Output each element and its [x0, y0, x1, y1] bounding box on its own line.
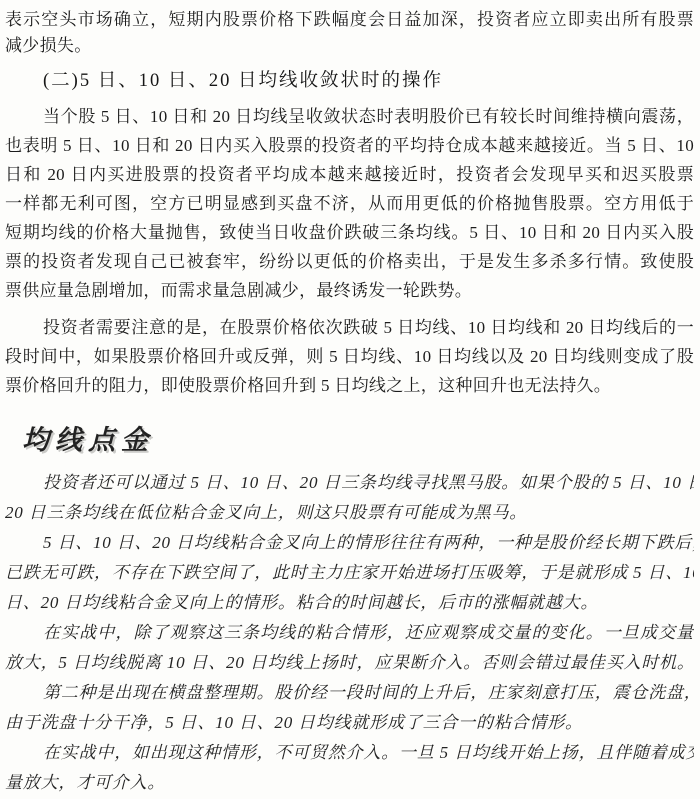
- paragraph-continuation: 表示空头市场确立，短期内股票价格下跌幅度会日益加深，投资者应立即卖出所有股票 减…: [5, 7, 694, 59]
- text-line: 当个股 5 日、10 日和 20 日均线呈收敛状态时表明股价已有较长时间维持横向…: [5, 102, 694, 131]
- text-line: 也表明 5 日、10 日和 20 日内买入股票的投资者的平均持仓成本越来越接近。…: [5, 131, 694, 160]
- paragraph-tip-5: 在实战中，如出现这种情形，不可贸然介入。一旦 5 日均线开始上扬，且伴随着成交 …: [5, 738, 694, 798]
- text-line: 段时间中，如果股票价格回升或反弹，则 5 日均线、10 日均线以及 20 日均线…: [5, 342, 694, 371]
- text-line: 减少损失。: [5, 33, 694, 59]
- paragraph-note: 投资者需要注意的是，在股票价格依次跌破 5 日均线、10 日均线和 20 日均线…: [5, 313, 694, 400]
- text-line: 日和 20 日内买进股票的投资者平均成本越来越接近时，投资者会发现早买和迟买股票: [5, 160, 694, 189]
- text-line: 在实战中，除了观察这三条均线的粘合情形，还应观察成交量的变化。一旦成交量: [5, 618, 694, 648]
- text-line: 5 日、10 日、20 日均线粘合金叉向上的情形往往有两种，一种是股价经长期下跌…: [5, 528, 694, 558]
- text-line: 在实战中，如出现这种情形，不可贸然介入。一旦 5 日均线开始上扬，且伴随着成交: [5, 738, 694, 768]
- text-line: 投资者还可以通过 5 日、10 日、20 日三条均线寻找黑马股。如果个股的 5 …: [5, 468, 694, 498]
- paragraph-tip-1: 投资者还可以通过 5 日、10 日、20 日三条均线寻找黑马股。如果个股的 5 …: [5, 468, 694, 528]
- text-line: 票供应量急剧增加，而需求量急剧减少，最终诱发一轮跌势。: [5, 276, 694, 305]
- text-line: 表示空头市场确立，短期内股票价格下跌幅度会日益加深，投资者应立即卖出所有股票: [5, 7, 694, 33]
- text-line: 由于洗盘十分干净，5 日、10 日、20 日均线就形成了三合一的粘合情形。: [5, 708, 694, 738]
- paragraph-convergence: 当个股 5 日、10 日和 20 日均线呈收敛状态时表明股价已有较长时间维持横向…: [5, 102, 694, 305]
- text-line: 一样都无利可图，空方已明显感到买盘不济，从而用更低的价格抛售股票。空方用低于: [5, 189, 694, 218]
- section-title: 均线点金: [5, 420, 694, 460]
- paragraph-tip-4: 第二种是出现在横盘整理期。股价经一段时间的上升后，庄家刻意打压，震仓洗盘， 由于…: [5, 678, 694, 738]
- text-line: 短期均线的价格大量抛售，致使当日收盘价跌破三条均线。5 日、10 日和 20 日…: [5, 218, 694, 247]
- subsection-heading: (二)5 日、10 日、20 日均线收敛状时的操作: [5, 65, 694, 98]
- text-line: 已跌无可跌，不存在下跌空间了，此时主力庄家开始进场打压吸筹，于是就形成 5 日、…: [5, 558, 694, 588]
- text-line: 20 日三条均线在低位粘合金叉向上，则这只股票有可能成为黑马。: [5, 498, 694, 528]
- text-line: 票价格回升的阻力，即使股票价格回升到 5 日均线之上，这种回升也无法持久。: [5, 371, 694, 400]
- text-line: 日、20 日均线粘合金叉向上的情形。粘合的时间越长，后市的涨幅就越大。: [5, 588, 694, 618]
- text-line: 量放大，才可介入。: [5, 768, 694, 798]
- text-line: 票的投资者发现自己已被套牢，纷纷以更低的价格卖出，于是发生多杀多行情。致使股: [5, 247, 694, 276]
- text-line: 第二种是出现在横盘整理期。股价经一段时间的上升后，庄家刻意打压，震仓洗盘，: [5, 678, 694, 708]
- text-line: 投资者需要注意的是，在股票价格依次跌破 5 日均线、10 日均线和 20 日均线…: [5, 313, 694, 342]
- text-line: 放大，5 日均线脱离 10 日、20 日均线上扬时，应果断介入。否则会错过最佳买…: [5, 648, 694, 678]
- tip-section: 投资者还可以通过 5 日、10 日、20 日三条均线寻找黑马股。如果个股的 5 …: [5, 468, 694, 798]
- paragraph-tip-3: 在实战中，除了观察这三条均线的粘合情形，还应观察成交量的变化。一旦成交量 放大，…: [5, 618, 694, 678]
- paragraph-tip-2: 5 日、10 日、20 日均线粘合金叉向上的情形往往有两种，一种是股价经长期下跌…: [5, 528, 694, 618]
- book-page: 表示空头市场确立，短期内股票价格下跌幅度会日益加深，投资者应立即卖出所有股票 减…: [0, 0, 700, 799]
